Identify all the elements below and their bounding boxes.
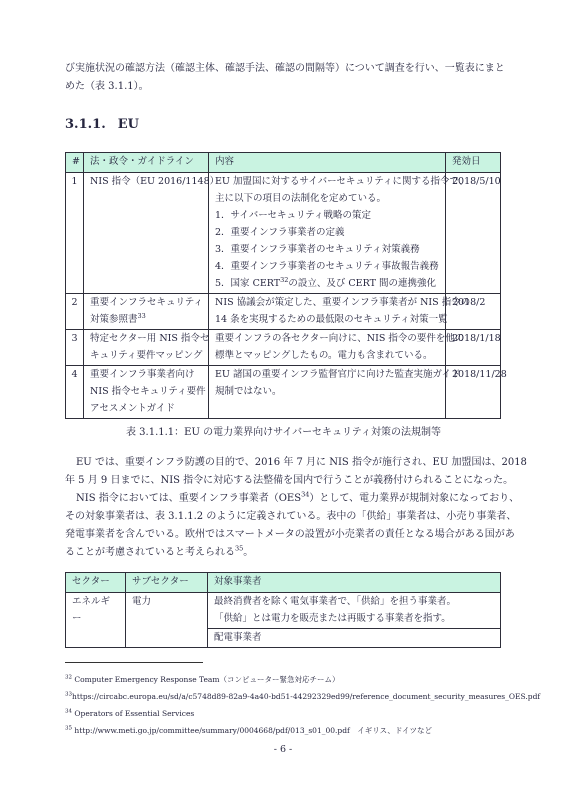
sector-cell: エネルギー [66,593,126,648]
footnote-marker: 35 [65,726,72,732]
regulations-table: #法・政令・ガイドライン内容発効日 1NIS 指令（EU 2016/1148）E… [65,152,501,419]
text-line: NIS 指令においては、重要インフラ事業者（OES34）として、電力業界が規制対… [65,490,502,508]
effective-date-cell: 2018/2 [446,294,501,330]
sector-table: セクターサブセクター対象事業者 エネルギー 電力 最終消費者を除く電気事業者で、… [65,572,501,648]
text-line: EU 諸国の重要インフラ監督官庁に向けた監査実施ガイド [215,366,439,383]
text-line: NIS 指令（EU 2016/1148） [90,173,202,190]
law-name-cell: 特定セクター用 NIS 指令セキュリティ要件マッピング [84,330,209,366]
effective-date-cell: 2018/5/10 [446,173,501,294]
regulation-row: 2重要インフラセキュリティ対策参照書33NIS 協議会が策定した、重要インフラ事… [66,294,501,330]
text-segment: ることが考慮されていると考えられる [65,547,235,558]
text-line: EU では、重要インフラ防護の目的で、2016 年 7 月に NIS 指令が施行… [65,454,502,472]
text-line: 規制ではない。 [215,383,439,400]
footnote-text: Operators of Essential Services [72,709,194,718]
law-name-cell: 重要インフラセキュリティ対策参照書33 [84,294,209,330]
description-cell: 重要インフラの各セクター向けに、NIS 指令の要件を他の標準とマッピングしたもの… [209,330,446,366]
footnotes-block: 32 Computer Emergency Response Team（コンピュ… [65,671,502,739]
text-line: 重要インフラセキュリティ [90,294,202,311]
text-line: 重要インフラ事業者向け [90,366,202,383]
footnote-marker: 32 [65,675,72,681]
subsector-cell: 電力 [126,593,208,648]
effective-date-cell: 2018/1/18 [446,330,501,366]
section-number: 3.1.1. [65,117,106,132]
text-line: アセスメントガイド [90,400,202,417]
sector-row: エネルギー 電力 最終消費者を除く電気事業者で、「供給」を担う事業者。 「供給」… [66,593,501,629]
text-segment: NIS 指令においては、重要インフラ事業者（OES [76,493,301,504]
regulation-row: 4重要インフラ事業者向けNIS 指令セキュリティ要件アセスメントガイドEU 諸国… [66,366,501,419]
footnote-ref: 33 [138,312,146,320]
text-line: 4．重要インフラ事業者のセキュリティ事故報告義務 [215,258,439,275]
text-segment: ）として、電力業界が規制対象になっており、 [309,493,519,504]
column-header: セクター [66,573,126,593]
regulation-row: 1NIS 指令（EU 2016/1148）EU 加盟国に対するサイバーセキュリテ… [66,173,501,294]
text-line: キュリティ要件マッピング [90,347,202,364]
table-header-row: セクターサブセクター対象事業者 [66,573,501,593]
column-header: # [66,153,84,173]
text-line: 発電事業者を含んでいる。欧州ではスマートメータの設置が小売業者の責任となる場合が… [65,526,502,544]
description-cell: NIS 協議会が策定した、重要インフラ事業者が NIS 指令の14 条を実現する… [209,294,446,330]
row-number-cell: 4 [66,366,84,419]
text-line: 5．国家 CERT32の設立、及び CERT 間の連携強化 [215,275,439,292]
footnote: 33https://circabc.europa.eu/sd/a/c5748d8… [65,688,502,705]
section-title: EU [118,117,139,132]
row-number-cell: 1 [66,173,84,294]
column-header: サブセクター [126,573,208,593]
document-page: び実施状況の確認方法（確認主体、確認手法、確認の間隔等）について調査を行い、一覧… [0,0,566,800]
footnote-marker: 34 [65,709,72,715]
text-line: 2．重要インフラ事業者の定義 [215,224,439,241]
column-header: 発効日 [446,153,501,173]
text-line: めた（表 3.1.1）。 [65,78,502,96]
law-name-cell: 重要インフラ事業者向けNIS 指令セキュリティ要件アセスメントガイド [84,366,209,419]
text-line: ることが考慮されていると考えられる35。 [65,544,502,562]
paragraph-nis-overview: EU では、重要インフラ防護の目的で、2016 年 7 月に NIS 指令が施行… [65,454,502,490]
text-line: 重要インフラの各セクター向けに、NIS 指令の要件を他の [215,330,439,347]
row-number-cell: 2 [66,294,84,330]
text-line: 「供給」とは電力を販売または再販する事業者を指す。 [214,610,494,627]
operators-cell: 最終消費者を除く電気事業者で、「供給」を担う事業者。 「供給」とは電力を販売また… [208,593,501,629]
text-segment: 5．国家 CERT [215,278,280,289]
regulation-row: 3特定セクター用 NIS 指令セキュリティ要件マッピング重要インフラの各セクター… [66,330,501,366]
text-line: NIS 指令セキュリティ要件 [90,383,202,400]
footnote-text[interactable]: https://circabc.europa.eu/sd/a/c5748d89-… [72,692,540,701]
column-header: 対象事業者 [208,573,501,593]
effective-date-cell: 2018/11/28 [446,366,501,419]
text-segment: 。 [243,547,253,558]
text-line: 1．サイバーセキュリティ戦略の策定 [215,207,439,224]
page-content: び実施状況の確認方法（確認主体、確認手法、確認の間隔等）について調査を行い、一覧… [65,60,502,739]
footnote: 32 Computer Emergency Response Team（コンピュ… [65,671,502,688]
text-line: び実施状況の確認方法（確認主体、確認手法、確認の間隔等）について調査を行い、一覧… [65,60,502,78]
text-segment: の設立、及び CERT 間の連携強化 [288,278,436,289]
operators-cell: 配電事業者 [208,629,501,648]
text-line: 14 条を実現するための最低限のセキュリティ対策一覧 [215,311,439,328]
footnote-text: Computer Emergency Response Team（コンピューター… [72,675,340,684]
description-cell: EU 加盟国に対するサイバーセキュリティに関する指令で、主に以下の項目の法制化を… [209,173,446,294]
text-line: NIS 協議会が策定した、重要インフラ事業者が NIS 指令の [215,294,439,311]
footnote-separator [65,662,203,663]
text-line: 年 5 月 9 日までに、NIS 指令に対応する法整備を国内で行うことが義務付け… [65,472,502,490]
description-cell: EU 諸国の重要インフラ監督官庁に向けた監査実施ガイド規制ではない。 [209,366,446,419]
footnote-marker: 33 [65,692,72,698]
footnote: 34 Operators of Essential Services [65,705,502,722]
section-heading: 3.1.1.EU [65,117,502,133]
page-number: - 6 - [0,743,566,757]
text-line: 主に以下の項目の法制化を定めている。 [215,190,439,207]
text-line: その対象事業者は、表 3.1.1.2 のように定義されている。表中の「供給」事業… [65,508,502,526]
text-line: 最終消費者を除く電気事業者で、「供給」を担う事業者。 [214,593,494,610]
text-segment: 対策参照書 [90,314,138,325]
text-line: 標準とマッピングしたもの。電力も含まれている。 [215,347,439,364]
law-name-cell: NIS 指令（EU 2016/1148） [84,173,209,294]
text-line: 対策参照書33 [90,311,202,328]
row-number-cell: 3 [66,330,84,366]
text-line: EU 加盟国に対するサイバーセキュリティに関する指令で、 [215,173,439,190]
table1-caption: 表 3.1.1.1：EU の電力業界向けサイバーセキュリティ対策の法規制等 [65,424,502,442]
text-line: 特定セクター用 NIS 指令セ [90,330,202,347]
text-line: 3．重要インフラ事業者のセキュリティ対策義務 [215,241,439,258]
paragraph-oes-definition: NIS 指令においては、重要インフラ事業者（OES34）として、電力業界が規制対… [65,490,502,562]
intro-paragraph: び実施状況の確認方法（確認主体、確認手法、確認の間隔等）について調査を行い、一覧… [65,60,502,96]
column-header: 法・政令・ガイドライン [84,153,209,173]
footnote: 35 http://www.meti.go.jp/committee/summa… [65,722,502,739]
table-header-row: #法・政令・ガイドライン内容発効日 [66,153,501,173]
column-header: 内容 [209,153,446,173]
footnote-text[interactable]: http://www.meti.go.jp/committee/summary/… [72,726,432,735]
